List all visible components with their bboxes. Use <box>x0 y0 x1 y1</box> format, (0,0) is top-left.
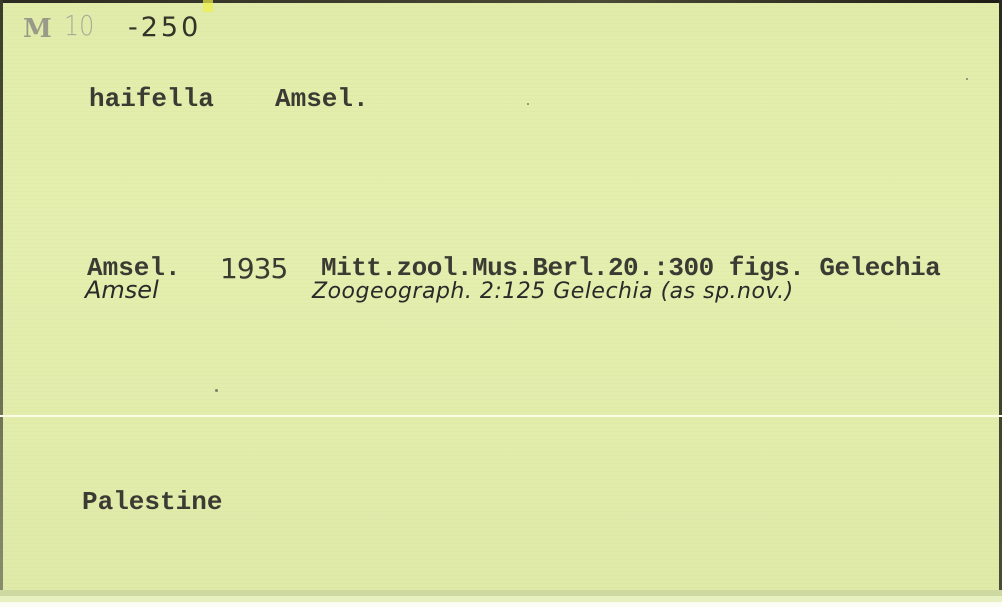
index-card: M 10 -250 haifella Amsel. Amsel. 1935 Mi… <box>0 0 1002 607</box>
reference-year: 1935 <box>220 252 287 285</box>
card-top-edge <box>0 0 1002 3</box>
dust-speck <box>966 78 968 80</box>
catalog-number-handwritten: -250 <box>128 12 201 43</box>
scan-background <box>0 602 1002 607</box>
dust-speck <box>215 389 218 392</box>
stamp-letter: M <box>23 14 52 44</box>
locality: Palestine <box>82 487 222 517</box>
dust-speck <box>527 103 529 105</box>
handwritten-author: Amsel <box>85 276 159 304</box>
card-crease-line <box>0 415 1002 417</box>
handwritten-citation: Zoogeograph. 2:125 Gelechia (as sp.nov.) <box>312 279 794 304</box>
stain-mark <box>203 0 213 12</box>
stamp-number: 10 <box>64 9 94 42</box>
taxon-name: haifella <box>89 84 214 114</box>
taxon-author: Amsel. <box>275 84 369 114</box>
card-left-edge <box>0 0 3 607</box>
